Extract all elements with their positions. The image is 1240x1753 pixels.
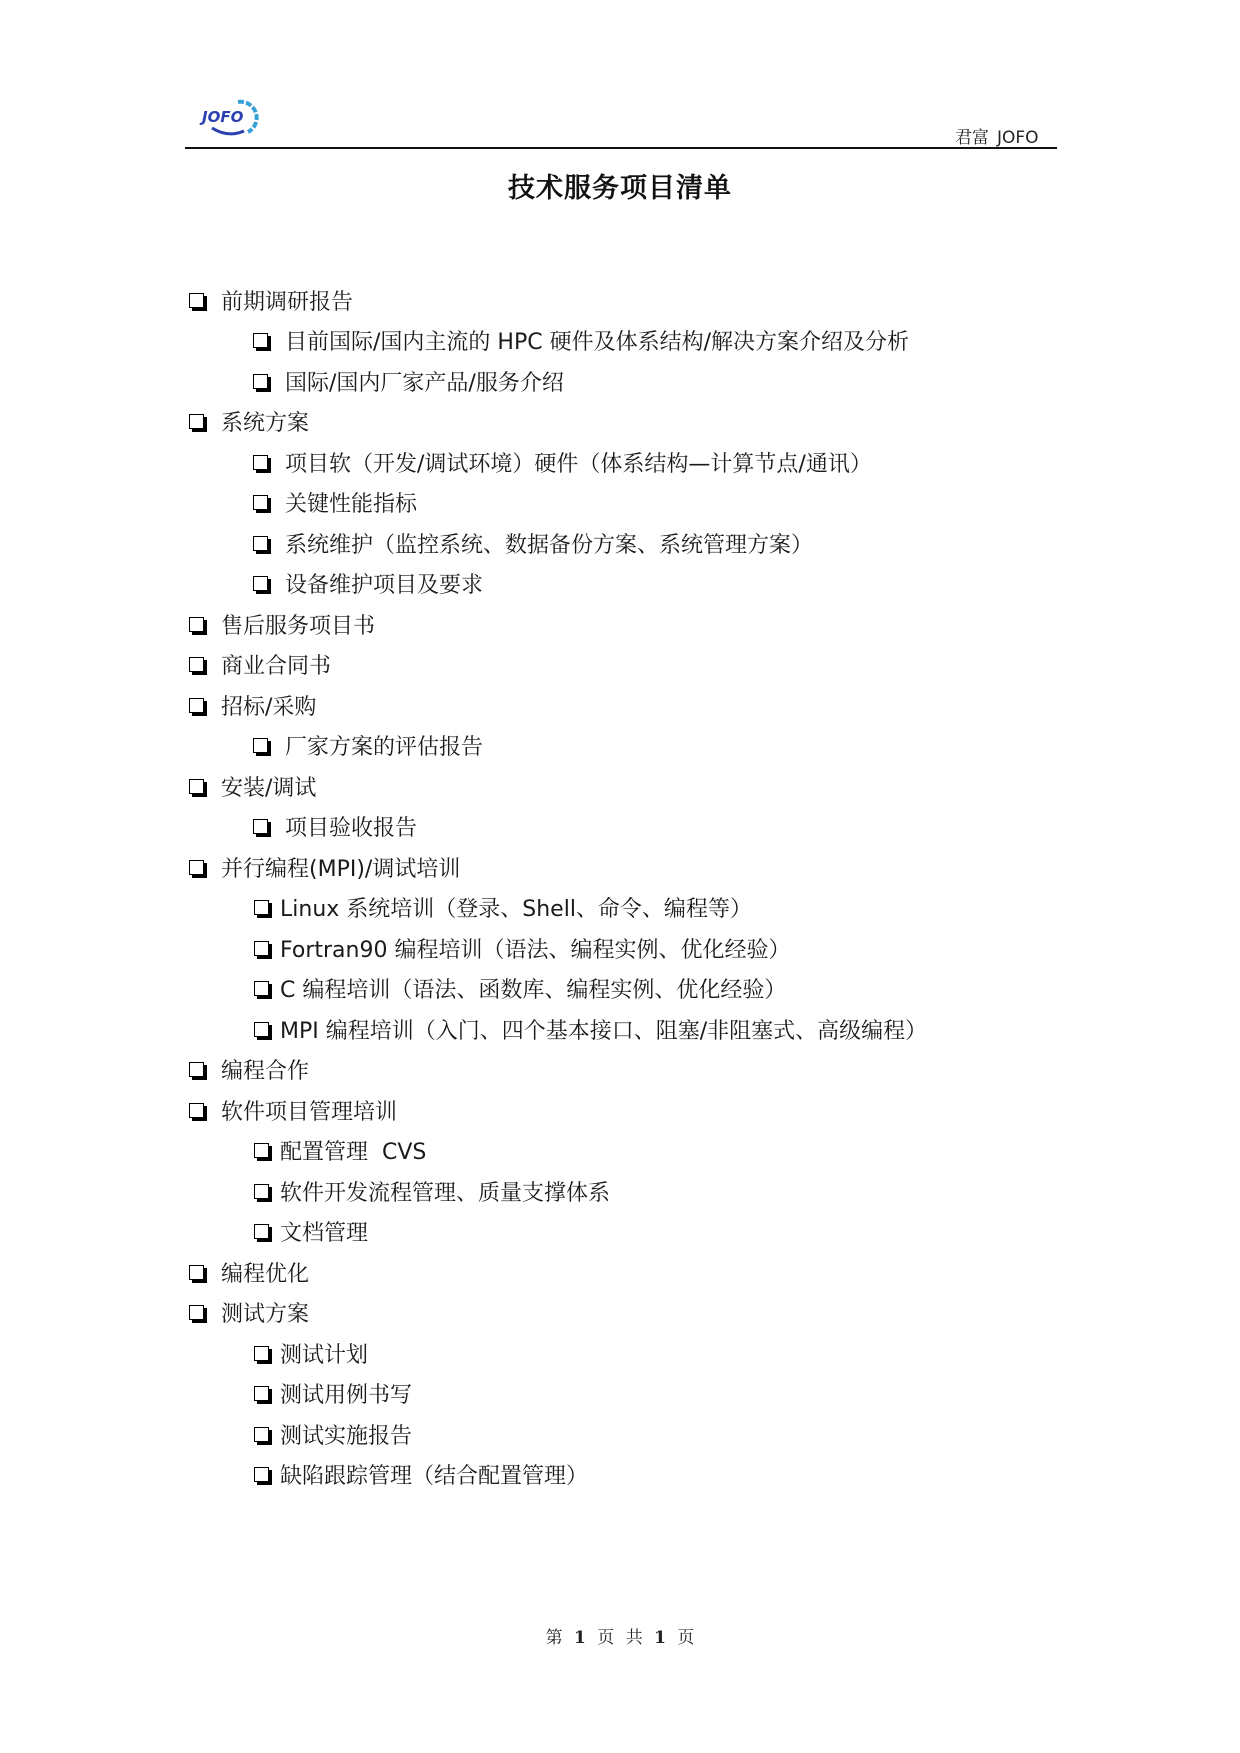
checkbox-icon: [254, 1224, 269, 1239]
checkbox-icon: [254, 1467, 269, 1482]
company-name-en: JOFO: [997, 128, 1039, 148]
list-item: 厂家方案的评估报告: [253, 726, 483, 766]
list-item: 配置管理 CVS: [254, 1131, 426, 1171]
checkbox-icon: [253, 455, 268, 470]
footer-middle: 页 共: [597, 1628, 642, 1648]
item-label: 招标/采购: [221, 690, 316, 721]
list-item: 设备维护项目及要求: [253, 564, 483, 604]
item-label: Linux 系统培训（登录、Shell、命令、编程等）: [280, 892, 752, 923]
checkbox-icon: [254, 1427, 269, 1442]
list-item: 目前国际/国内主流的 HPC 硬件及体系结构/解决方案介绍及分析: [253, 321, 909, 361]
list-item: 文档管理: [254, 1212, 368, 1252]
list-item: 测试计划: [254, 1333, 368, 1373]
list-item: 系统维护（监控系统、数据备份方案、系统管理方案）: [253, 523, 813, 563]
list-item: 招标/采购: [189, 685, 316, 725]
checkbox-icon: [189, 698, 204, 713]
checkbox-icon: [253, 536, 268, 551]
item-label: 厂家方案的评估报告: [285, 730, 483, 761]
checkbox-icon: [254, 1143, 269, 1158]
item-label: 测试实施报告: [280, 1419, 412, 1450]
item-label: 项目验收报告: [285, 811, 417, 842]
checkbox-icon: [189, 414, 204, 429]
list-item: 测试实施报告: [254, 1414, 412, 1454]
item-label: 软件开发流程管理、质量支撑体系: [280, 1176, 610, 1207]
item-label: 编程合作: [221, 1054, 309, 1085]
checkbox-icon: [254, 1022, 269, 1037]
checkbox-icon: [254, 1346, 269, 1361]
item-label: 项目软（开发/调试环境）硬件（体系结构—计算节点/通讯）: [285, 447, 872, 478]
item-label: 商业合同书: [221, 649, 331, 680]
item-label: 目前国际/国内主流的 HPC 硬件及体系结构/解决方案介绍及分析: [285, 325, 909, 356]
item-label: 配置管理 CVS: [280, 1135, 426, 1166]
list-item: 关键性能指标: [253, 483, 417, 523]
list-item: 国际/国内厂家产品/服务介绍: [253, 361, 564, 401]
checkbox-icon: [254, 900, 269, 915]
list-item: MPI 编程培训（入门、四个基本接口、阻塞/非阻塞式、高级编程）: [254, 1009, 927, 1049]
list-item: 缺陷跟踪管理（结合配置管理）: [254, 1455, 588, 1495]
item-label: 国际/国内厂家产品/服务介绍: [285, 366, 564, 397]
item-label: 前期调研报告: [221, 285, 353, 316]
list-item: 商业合同书: [189, 645, 331, 685]
item-label: 测试方案: [221, 1297, 309, 1328]
checkbox-icon: [189, 1305, 204, 1320]
list-item: 软件开发流程管理、质量支撑体系: [254, 1171, 610, 1211]
list-item: 测试方案: [189, 1293, 309, 1333]
list-item: C 编程培训（语法、函数库、编程实例、优化经验）: [254, 969, 786, 1009]
checkbox-icon: [253, 738, 268, 753]
list-item: 安装/调试: [189, 766, 316, 806]
checkbox-icon: [253, 576, 268, 591]
list-item: 编程合作: [189, 1050, 309, 1090]
list-item: 系统方案: [189, 402, 309, 442]
item-label: 软件项目管理培训: [221, 1095, 397, 1126]
checkbox-icon: [189, 860, 204, 875]
list-item: 项目软（开发/调试环境）硬件（体系结构—计算节点/通讯）: [253, 442, 872, 482]
checkbox-icon: [254, 941, 269, 956]
list-item: Linux 系统培训（登录、Shell、命令、编程等）: [254, 888, 752, 928]
item-label: 并行编程(MPI)/调试培训: [221, 852, 460, 883]
company-name-cn: 君富: [955, 128, 989, 148]
checkbox-icon: [253, 819, 268, 834]
list-item: 并行编程(MPI)/调试培训: [189, 847, 460, 887]
checkbox-icon: [189, 1062, 204, 1077]
item-label: 系统方案: [221, 406, 309, 437]
item-label: 文档管理: [280, 1216, 368, 1247]
list-item: 项目验收报告: [253, 807, 417, 847]
company-logo: JOFO: [198, 98, 262, 138]
header-rule: [185, 147, 1057, 149]
checkbox-icon: [253, 495, 268, 510]
item-label: Fortran90 编程培训（语法、编程实例、优化经验）: [280, 933, 790, 964]
checkbox-icon: [253, 374, 268, 389]
footer-suffix: 页: [677, 1628, 694, 1648]
item-label: 系统维护（监控系统、数据备份方案、系统管理方案）: [285, 528, 813, 559]
checkbox-icon: [253, 333, 268, 348]
item-label: 售后服务项目书: [221, 609, 375, 640]
current-page-number: 1: [574, 1628, 586, 1648]
total-pages-number: 1: [654, 1628, 666, 1648]
header-company-name: 君富JOFO: [955, 123, 1039, 148]
svg-text:JOFO: JOFO: [199, 108, 244, 126]
item-label: 测试计划: [280, 1338, 368, 1369]
list-item: 软件项目管理培训: [189, 1090, 397, 1130]
item-label: MPI 编程培训（入门、四个基本接口、阻塞/非阻塞式、高级编程）: [280, 1014, 927, 1045]
checkbox-icon: [254, 1184, 269, 1199]
checkbox-icon: [189, 293, 204, 308]
page-footer: 第 1 页 共 1 页: [0, 1623, 1240, 1648]
item-label: 关键性能指标: [285, 487, 417, 518]
item-label: 安装/调试: [221, 771, 316, 802]
checkbox-icon: [189, 779, 204, 794]
checkbox-icon: [189, 617, 204, 632]
list-item: 前期调研报告: [189, 280, 353, 320]
checkbox-icon: [254, 1386, 269, 1401]
item-label: 编程优化: [221, 1257, 309, 1288]
item-label: 测试用例书写: [280, 1378, 412, 1409]
checkbox-icon: [189, 1265, 204, 1280]
item-label: 缺陷跟踪管理（结合配置管理）: [280, 1459, 588, 1490]
checkbox-icon: [189, 1103, 204, 1118]
list-item: 测试用例书写: [254, 1374, 412, 1414]
list-item: 售后服务项目书: [189, 604, 375, 644]
checkbox-icon: [254, 981, 269, 996]
checkbox-icon: [189, 657, 204, 672]
footer-prefix: 第: [546, 1628, 563, 1648]
item-label: C 编程培训（语法、函数库、编程实例、优化经验）: [280, 973, 786, 1004]
item-label: 设备维护项目及要求: [285, 568, 483, 599]
document-title: 技术服务项目清单: [0, 166, 1240, 205]
list-item: 编程优化: [189, 1252, 309, 1292]
list-item: Fortran90 编程培训（语法、编程实例、优化经验）: [254, 928, 790, 968]
